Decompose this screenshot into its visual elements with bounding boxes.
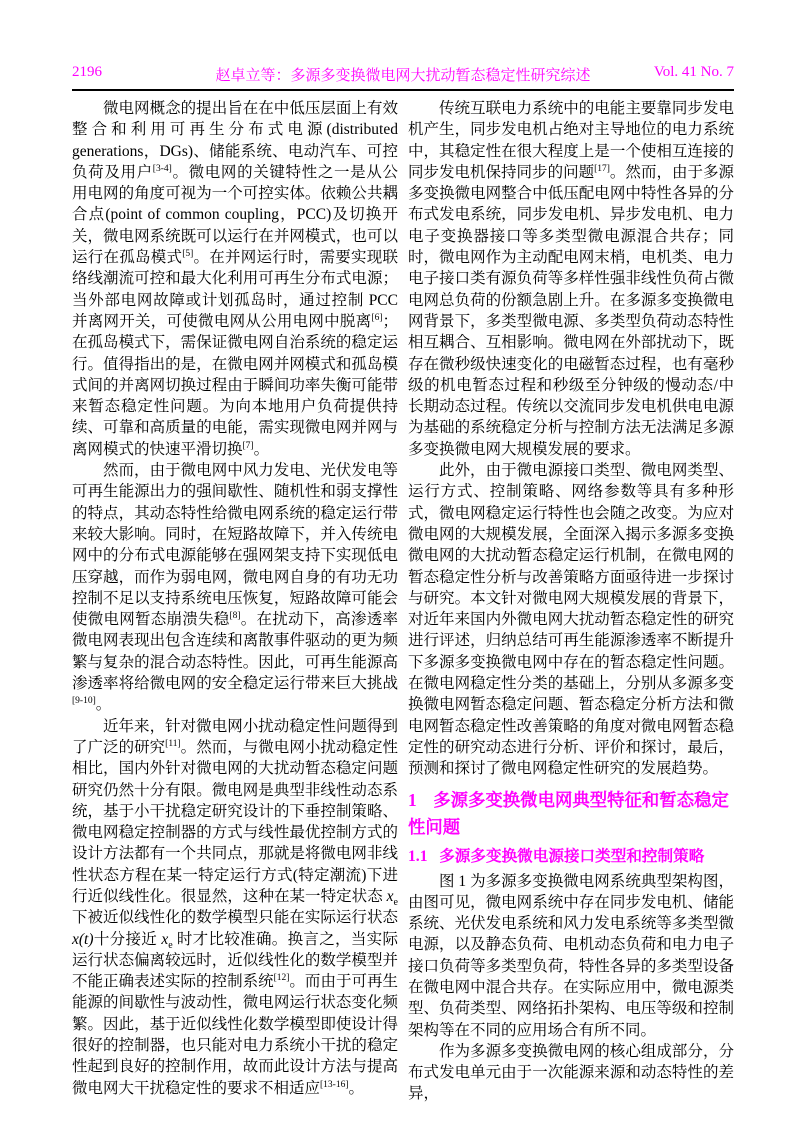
citation-reference: [11] — [165, 739, 180, 749]
citation-reference: [8] — [229, 611, 240, 621]
citation-reference: [5] — [182, 249, 193, 259]
math-symbol: xe — [387, 888, 398, 905]
math-symbol: x(t) — [72, 931, 94, 948]
volume-info: Vol. 41 No. 7 — [654, 64, 734, 81]
citation-reference: [12] — [274, 973, 290, 983]
paragraph: 近年来，针对微电网小扰动稳定性问题得到了广泛的研究[11]。然而，与微电网小扰动… — [72, 716, 398, 1099]
paragraph: 此外，由于微电源接口类型、微电网类型、运行方式、控制策略、网络参数等具有多种形式… — [408, 460, 734, 779]
right-column: 传统互联电力系统中的电能主要靠同步发电机产生，同步发电机占绝对主导地位的电力系统… — [408, 98, 734, 1105]
running-title: 赵卓立等：多源多变换微电网大扰动暂态稳定性研究综述 — [72, 64, 734, 85]
section-number: 1 — [408, 790, 417, 810]
paragraph: 图 1 为多源多变换微电网系统典型架构图，由图可见，微电网系统中存在同步发电机、… — [408, 871, 734, 1041]
subsection-title: 多源多变换微电源接口类型和控制策略 — [439, 848, 704, 865]
right-column-body: 图 1 为多源多变换微电网系统典型架构图，由图可见，微电网系统中存在同步发电机、… — [408, 871, 734, 1105]
citation-reference: [9-10] — [72, 696, 96, 706]
subsection-number: 1.1 — [408, 848, 428, 865]
header-divider — [72, 89, 734, 91]
citation-reference: [7] — [243, 441, 254, 451]
citation-reference: [17] — [594, 164, 610, 174]
article-body: 微电网概念的提出旨在在中低压层面上有效整合和利用可再生分布式电源(distrib… — [72, 98, 734, 1105]
paragraph: 传统互联电力系统中的电能主要靠同步发电机产生，同步发电机占绝对主导地位的电力系统… — [408, 98, 734, 460]
subsection-heading: 1.1多源多变换微电源接口类型和控制策略 — [408, 846, 734, 868]
section-title: 多源多变换微电网典型特征和暂态稳定性问题 — [408, 790, 729, 837]
paragraph: 作为多源多变换微电网的核心组成部分，分布式发电单元由于一次能源来源和动态特性的差… — [408, 1041, 734, 1105]
citation-reference: [6] — [371, 313, 382, 323]
paper-page: 2196 赵卓立等：多源多变换微电网大扰动暂态稳定性研究综述 Vol. 41 N… — [0, 0, 793, 1122]
page-header: 2196 赵卓立等：多源多变换微电网大扰动暂态稳定性研究综述 Vol. 41 N… — [72, 64, 734, 86]
right-column-intro: 传统互联电力系统中的电能主要靠同步发电机产生，同步发电机占绝对主导地位的电力系统… — [408, 98, 734, 780]
paragraph: 然而，由于微电网中风力发电、光伏发电等可再生能源出力的强间歇性、随机性和弱支撑性… — [72, 460, 398, 716]
math-symbol: xe — [161, 931, 172, 948]
citation-reference: [3-4] — [153, 164, 172, 174]
section-heading: 1多源多变换微电网典型特征和暂态稳定性问题 — [408, 787, 734, 841]
paragraph: 微电网概念的提出旨在在中低压层面上有效整合和利用可再生分布式电源(distrib… — [72, 98, 398, 460]
citation-reference: [13-16] — [320, 1080, 349, 1090]
left-column: 微电网概念的提出旨在在中低压层面上有效整合和利用可再生分布式电源(distrib… — [72, 98, 398, 1105]
